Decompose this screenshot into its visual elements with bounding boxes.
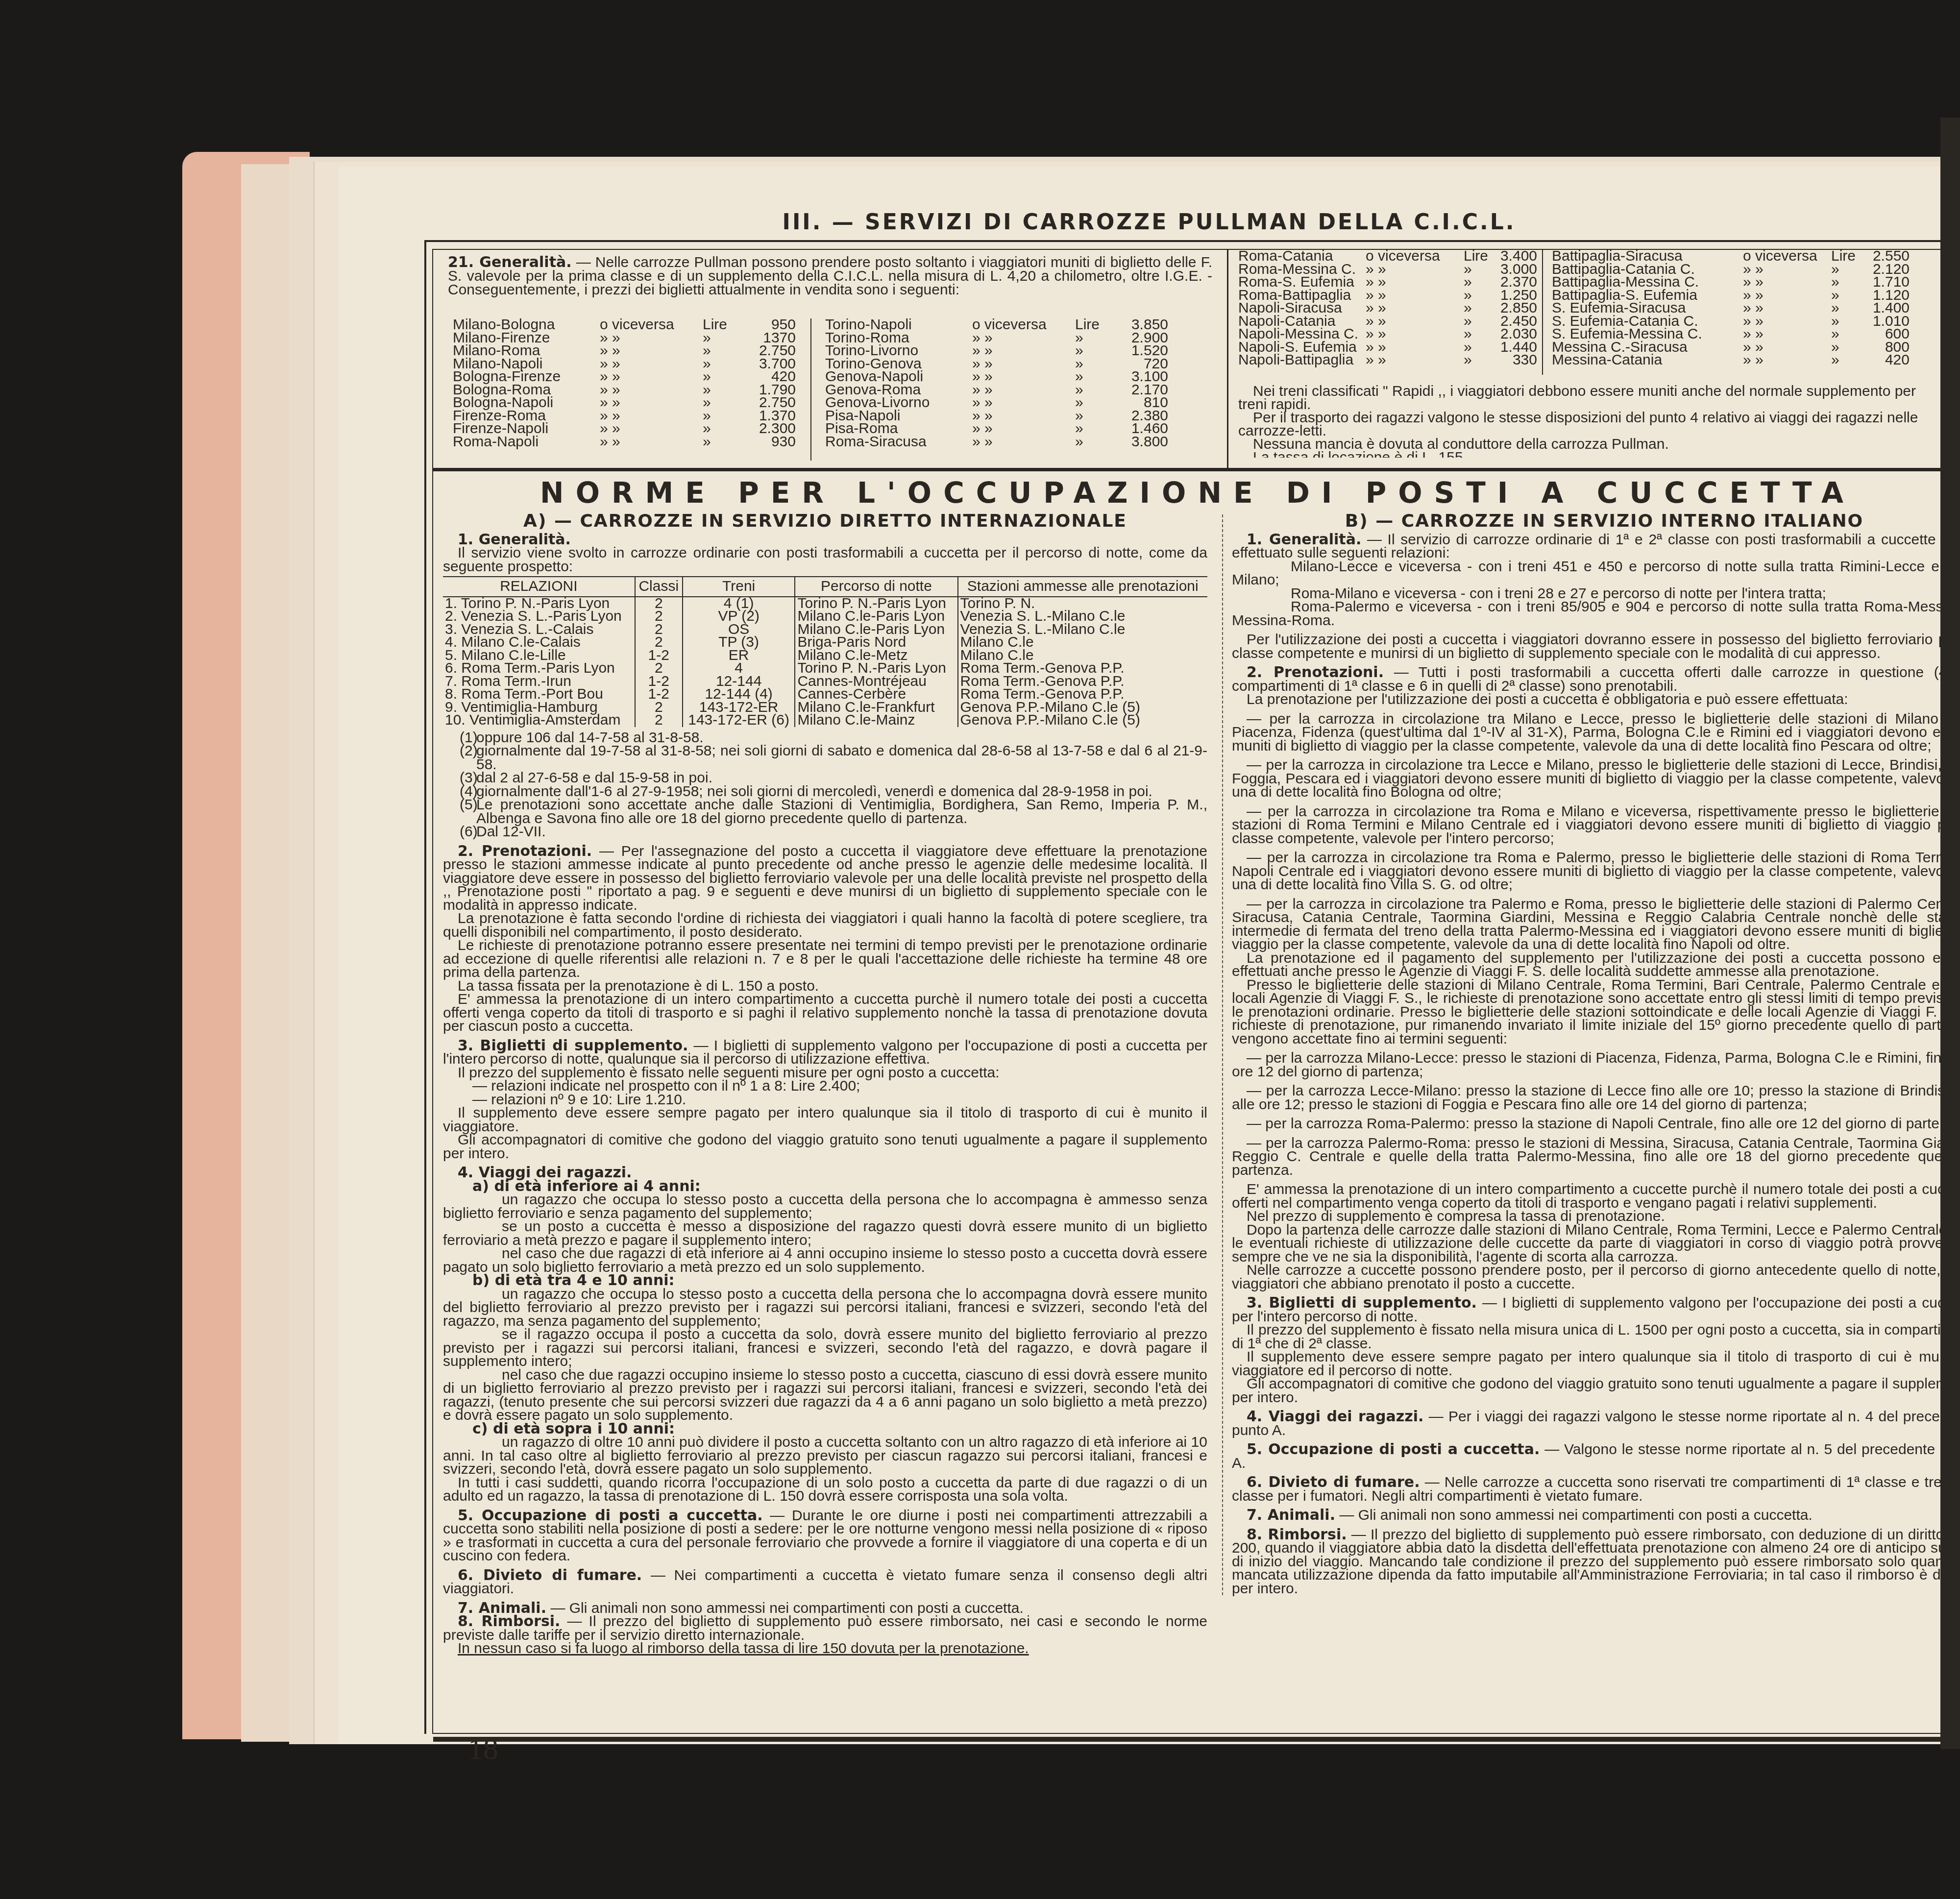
table-header: Treni — [683, 577, 795, 597]
timetable-page: III. — SERVIZI DI CARROZZE PULLMAN DELLA… — [338, 167, 1960, 1744]
table-header: Stazioni ammesse alle prenotazioni — [958, 577, 1207, 597]
relations-table: RELAZIONIClassiTreniPercorso di notteSta… — [443, 576, 1207, 727]
fare-row: Roma-Siracusa» »»3.800 — [825, 436, 1168, 449]
section-header: III. — SERVIZI DI CARROZZE PULLMAN DELLA… — [338, 210, 1960, 235]
table-row: 10. Ventimiglia-Amsterdam2143-172-ER (6)… — [443, 714, 1207, 727]
bottom-rule — [433, 1737, 1960, 1742]
pullman-fares-left: 21. Generalità. — Nelle carrozze Pullman… — [433, 250, 1228, 468]
pullman-notes: Nei treni classificati " Rapidi ,, i via… — [1238, 385, 1919, 458]
pullman-generalita: 21. Generalità. — Nelle carrozze Pullman… — [448, 256, 1212, 297]
table-header: Classi — [635, 577, 683, 597]
book-spine — [1940, 118, 1960, 1749]
fare-row: Napoli-Battipaglia» »»330 — [1238, 354, 1537, 367]
footnote: (5)Le prenotazioni sono accettate anche … — [443, 798, 1207, 825]
footnote: (4)giornalmente dall'1-6 al 27-9-1958; n… — [443, 785, 1207, 799]
section-a: A) — CARROZZE IN SERVIZIO DIRETTO INTERN… — [443, 514, 1207, 1656]
section-b-title: B) — CARROZZE IN SERVIZIO INTERNO ITALIA… — [1232, 514, 1960, 528]
footnote: (3)dal 2 al 27-6-58 e dal 15-9-58 in poi… — [443, 771, 1207, 785]
fare-table: Battipaglia-Siracusao viceversaLire2.550… — [1552, 250, 1910, 367]
pullman-fares-right: Roma-Cataniao viceversaLire3.400Roma-Mes… — [1228, 250, 1960, 468]
fare-table: Milano-Bolognao viceversaLire950Milano-F… — [453, 318, 796, 448]
fare-table: Roma-Cataniao viceversaLire3.400Roma-Mes… — [1238, 250, 1537, 367]
fare-row: Messina-Catania» »»420 — [1552, 354, 1910, 367]
main-title: NORME PER L'OCCUPAZIONE DI POSTI A CUCCE… — [433, 476, 1960, 510]
footnote: (6)Dal 12-VII. — [443, 825, 1207, 839]
content-frame: 21. Generalità. — Nelle carrozze Pullman… — [424, 240, 1960, 1734]
footnote: (1)oppure 106 dal 14-7-58 al 31-8-58. — [443, 731, 1207, 745]
table-header: Percorso di notte — [795, 577, 957, 597]
footnote: (2)giornalmente dal 19-7-58 al 31-8-58; … — [443, 744, 1207, 771]
page-number: 18 — [468, 1732, 498, 1767]
section-a-title: A) — CARROZZE IN SERVIZIO DIRETTO INTERN… — [443, 514, 1207, 528]
fare-table: Torino-Napolio viceversaLire3.850Torino-… — [825, 318, 1168, 448]
pullman-box: 21. Generalità. — Nelle carrozze Pullman… — [433, 250, 1960, 471]
footnotes: (1)oppure 106 dal 14-7-58 al 31-8-58.(2)… — [443, 731, 1207, 839]
fare-row: Roma-Napoli» »»930 — [453, 436, 796, 449]
section-b: B) — CARROZZE IN SERVIZIO INTERNO ITALIA… — [1222, 514, 1960, 1595]
table-header: RELAZIONI — [443, 577, 635, 597]
